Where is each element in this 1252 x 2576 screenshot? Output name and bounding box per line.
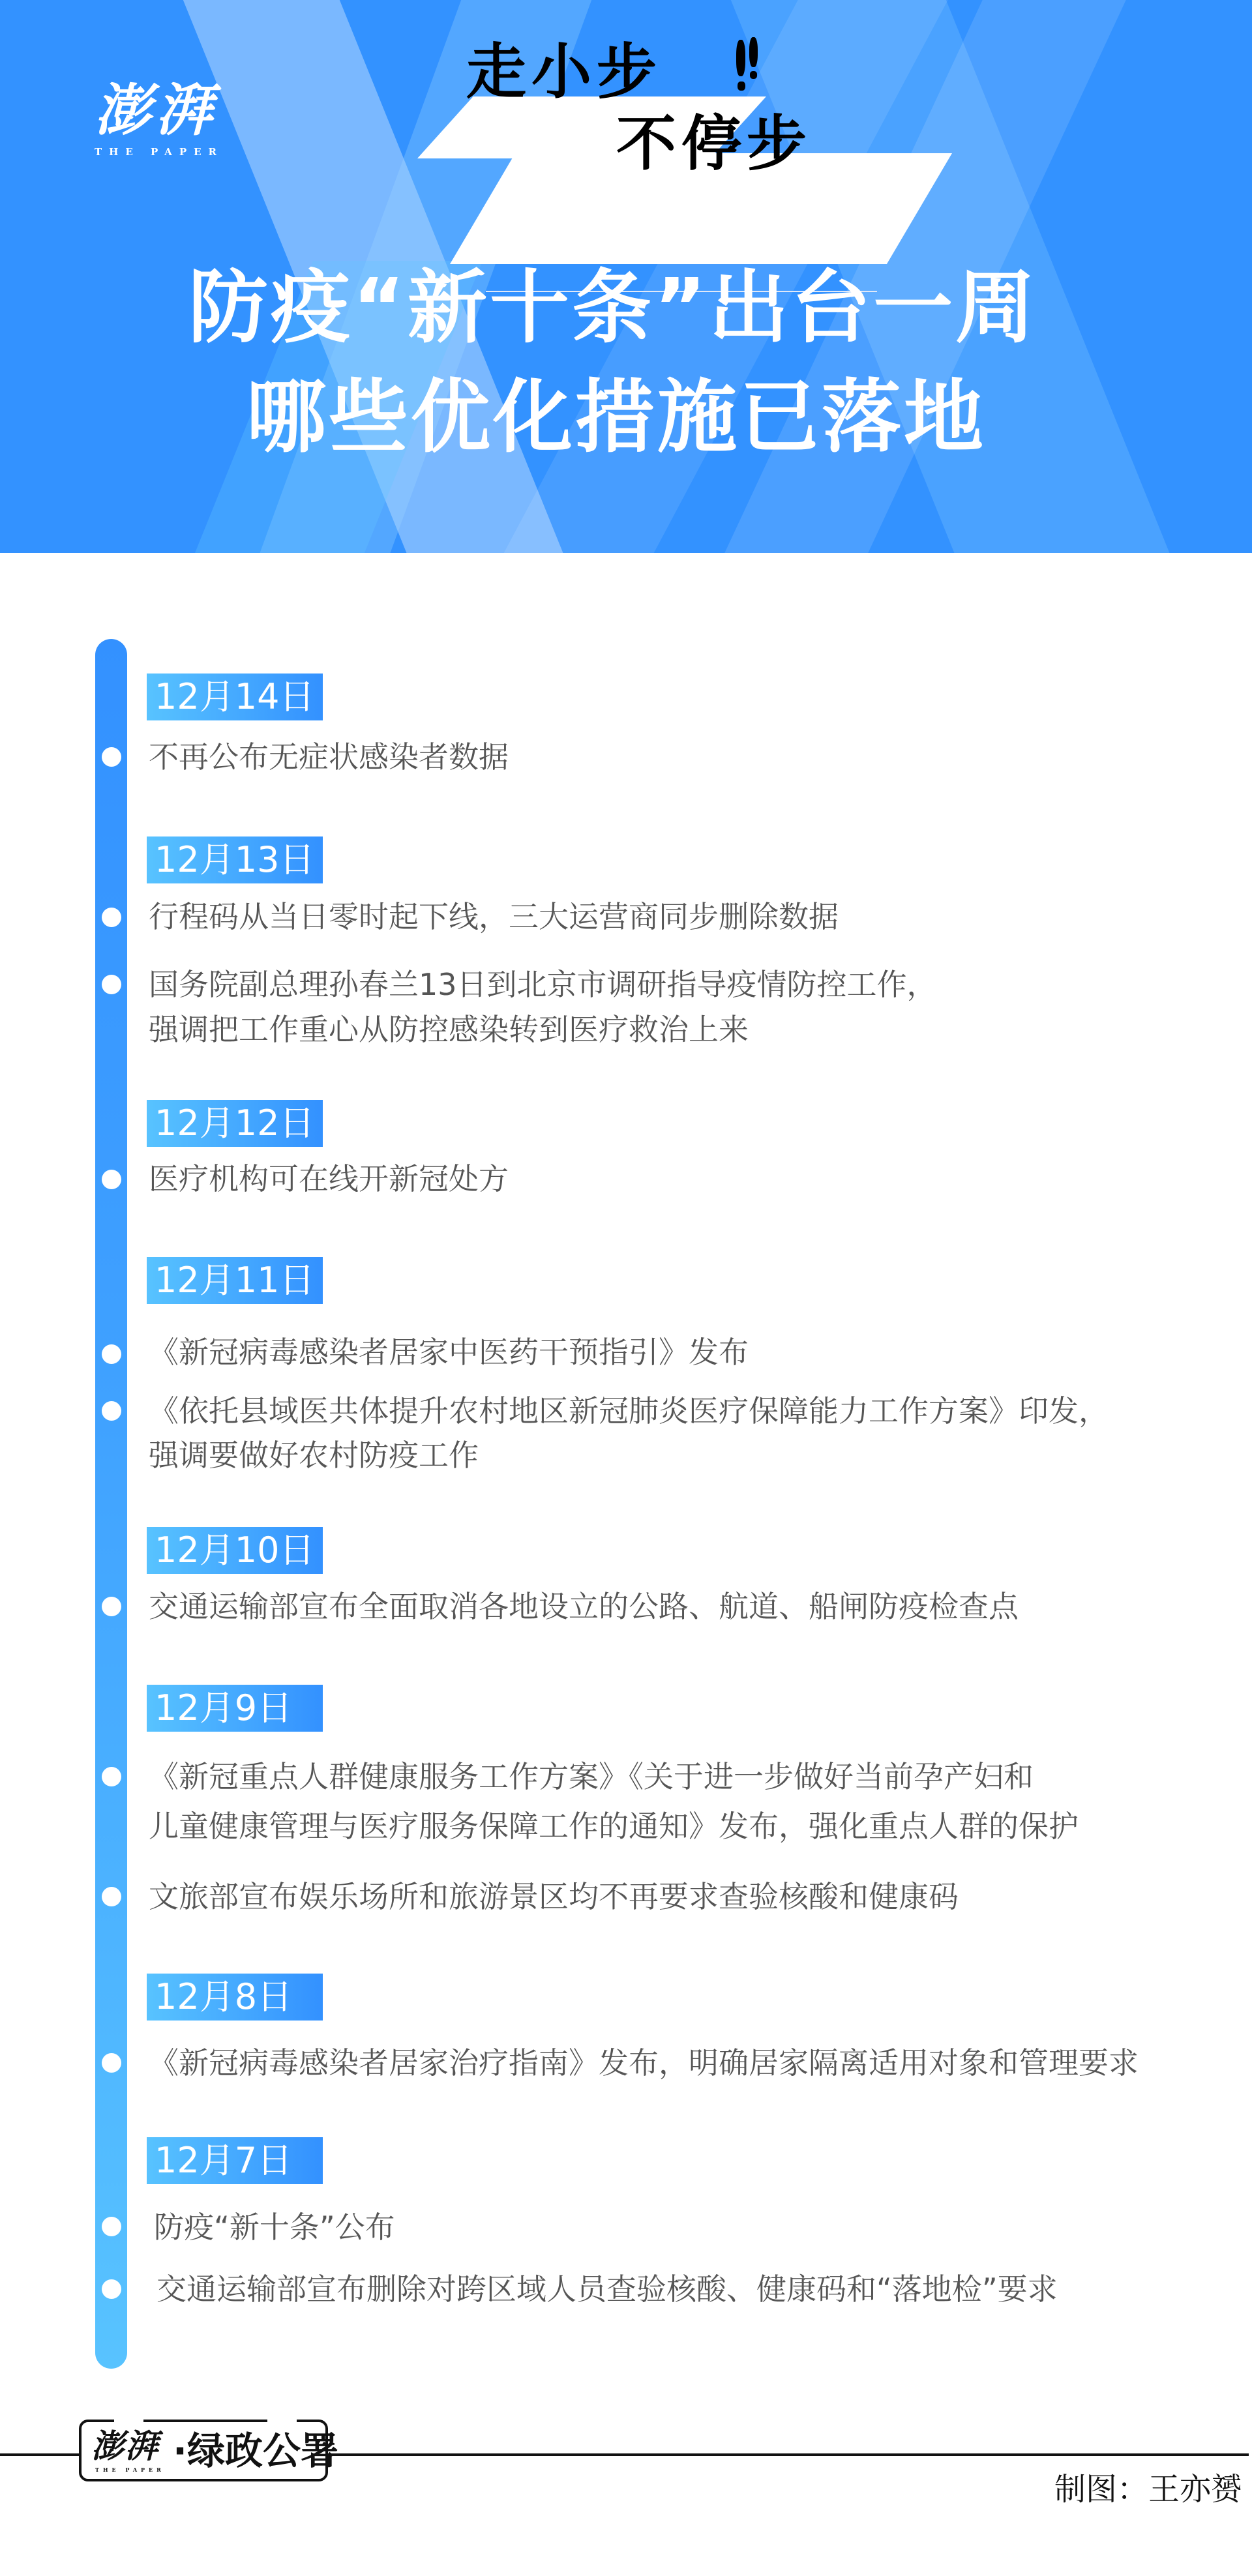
graphic-credit: 制图：王亦赟: [1054, 2471, 1242, 2508]
bullet-dot: [102, 1767, 121, 1786]
logo-cn: 澎湃: [95, 78, 225, 143]
date-tag: 12月8日: [147, 1974, 323, 2021]
timeline-item: 国务院副总理孙春兰13日到北京市调研指导疫情防控工作，: [149, 962, 937, 1007]
bullet-dot: [102, 1597, 121, 1616]
timeline-item: 不再公布无症状感染者数据: [149, 735, 509, 779]
date-tag: 12月10日: [147, 1527, 323, 1574]
slogan-line-2: 不停步: [616, 111, 812, 176]
column-name: ·绿政公署: [173, 2428, 338, 2474]
timeline-item: 《新冠病毒感染者居家中医药干预指引》发布: [149, 1330, 749, 1374]
bullet-dot: [102, 1887, 121, 1906]
timeline-item: 文旅部宣布娱乐场所和旅游景区均不再要求查验核酸和健康码: [149, 1874, 959, 1919]
logo-en: THE PAPER: [95, 146, 225, 158]
badge-logo-cn: 澎湃: [91, 2427, 159, 2466]
timeline-bar: [95, 639, 127, 2369]
date-tag: 12月11日: [147, 1257, 323, 1304]
bullet-dot: [102, 1344, 121, 1364]
timeline-item-continued: 强调要做好农村防疫工作: [149, 1433, 479, 1477]
page-title-line-2: 哪些优化措施已落地: [0, 372, 1252, 463]
date-tag: 12月7日: [147, 2137, 323, 2184]
badge-border-gap: [267, 2418, 297, 2423]
timeline-item: 交通运输部宣布全面取消各地设立的公路、航道、船闸防疫检查点: [149, 1584, 1019, 1629]
timeline-item: 行程码从当日零时起下线，三大运营商同步删除数据: [149, 895, 839, 939]
timeline-item-continued: 儿童健康管理与医疗服务保障工作的通知》发布，强化重点人群的保护: [149, 1804, 1079, 1848]
bullet-dot: [102, 908, 121, 927]
bullet-dot: [102, 2279, 121, 2299]
timeline-item: 交通运输部宣布删除对跨区域人员查验核酸、健康码和“落地检”要求: [156, 2267, 1058, 2311]
bullet-dot: [102, 1401, 121, 1421]
timeline-item: 医疗机构可在线开新冠处方: [149, 1157, 509, 1201]
bullet-dot: [102, 747, 121, 767]
badge-border-gap: [114, 2418, 143, 2423]
bullet-dot: [102, 975, 121, 994]
date-tag: 12月9日: [147, 1685, 323, 1732]
the-paper-logo: 澎湃 THE PAPER: [95, 78, 225, 170]
bullet-dot: [102, 2217, 121, 2236]
date-tag: 12月12日: [147, 1100, 323, 1147]
date-tag: 12月13日: [147, 836, 323, 883]
page-title-line-1: 防疫“新十条”出台一周: [0, 262, 1252, 353]
bullet-dot: [102, 1170, 121, 1189]
badge-logo-en: THE PAPER: [95, 2466, 165, 2473]
timeline-item: 《依托县域医共体提升农村地区新冠肺炎医疗保障能力工作方案》印发，: [149, 1389, 1109, 1433]
timeline-item: 防疫“新十条”公布: [154, 2205, 395, 2249]
timeline-item-continued: 强调把工作重心从防控感染转到医疗救治上来: [149, 1007, 749, 1052]
bullet-dot: [102, 2053, 121, 2073]
timeline-item: 《新冠重点人群健康服务工作方案》《关于进一步做好当前孕产妇和: [149, 1754, 1034, 1799]
date-tag: 12月14日: [147, 674, 323, 720]
timeline-item: 《新冠病毒感染者居家治疗指南》发布，明确居家隔离适用对象和管理要求: [149, 2041, 1139, 2085]
slogan-line-1: 走小步: [466, 39, 662, 104]
